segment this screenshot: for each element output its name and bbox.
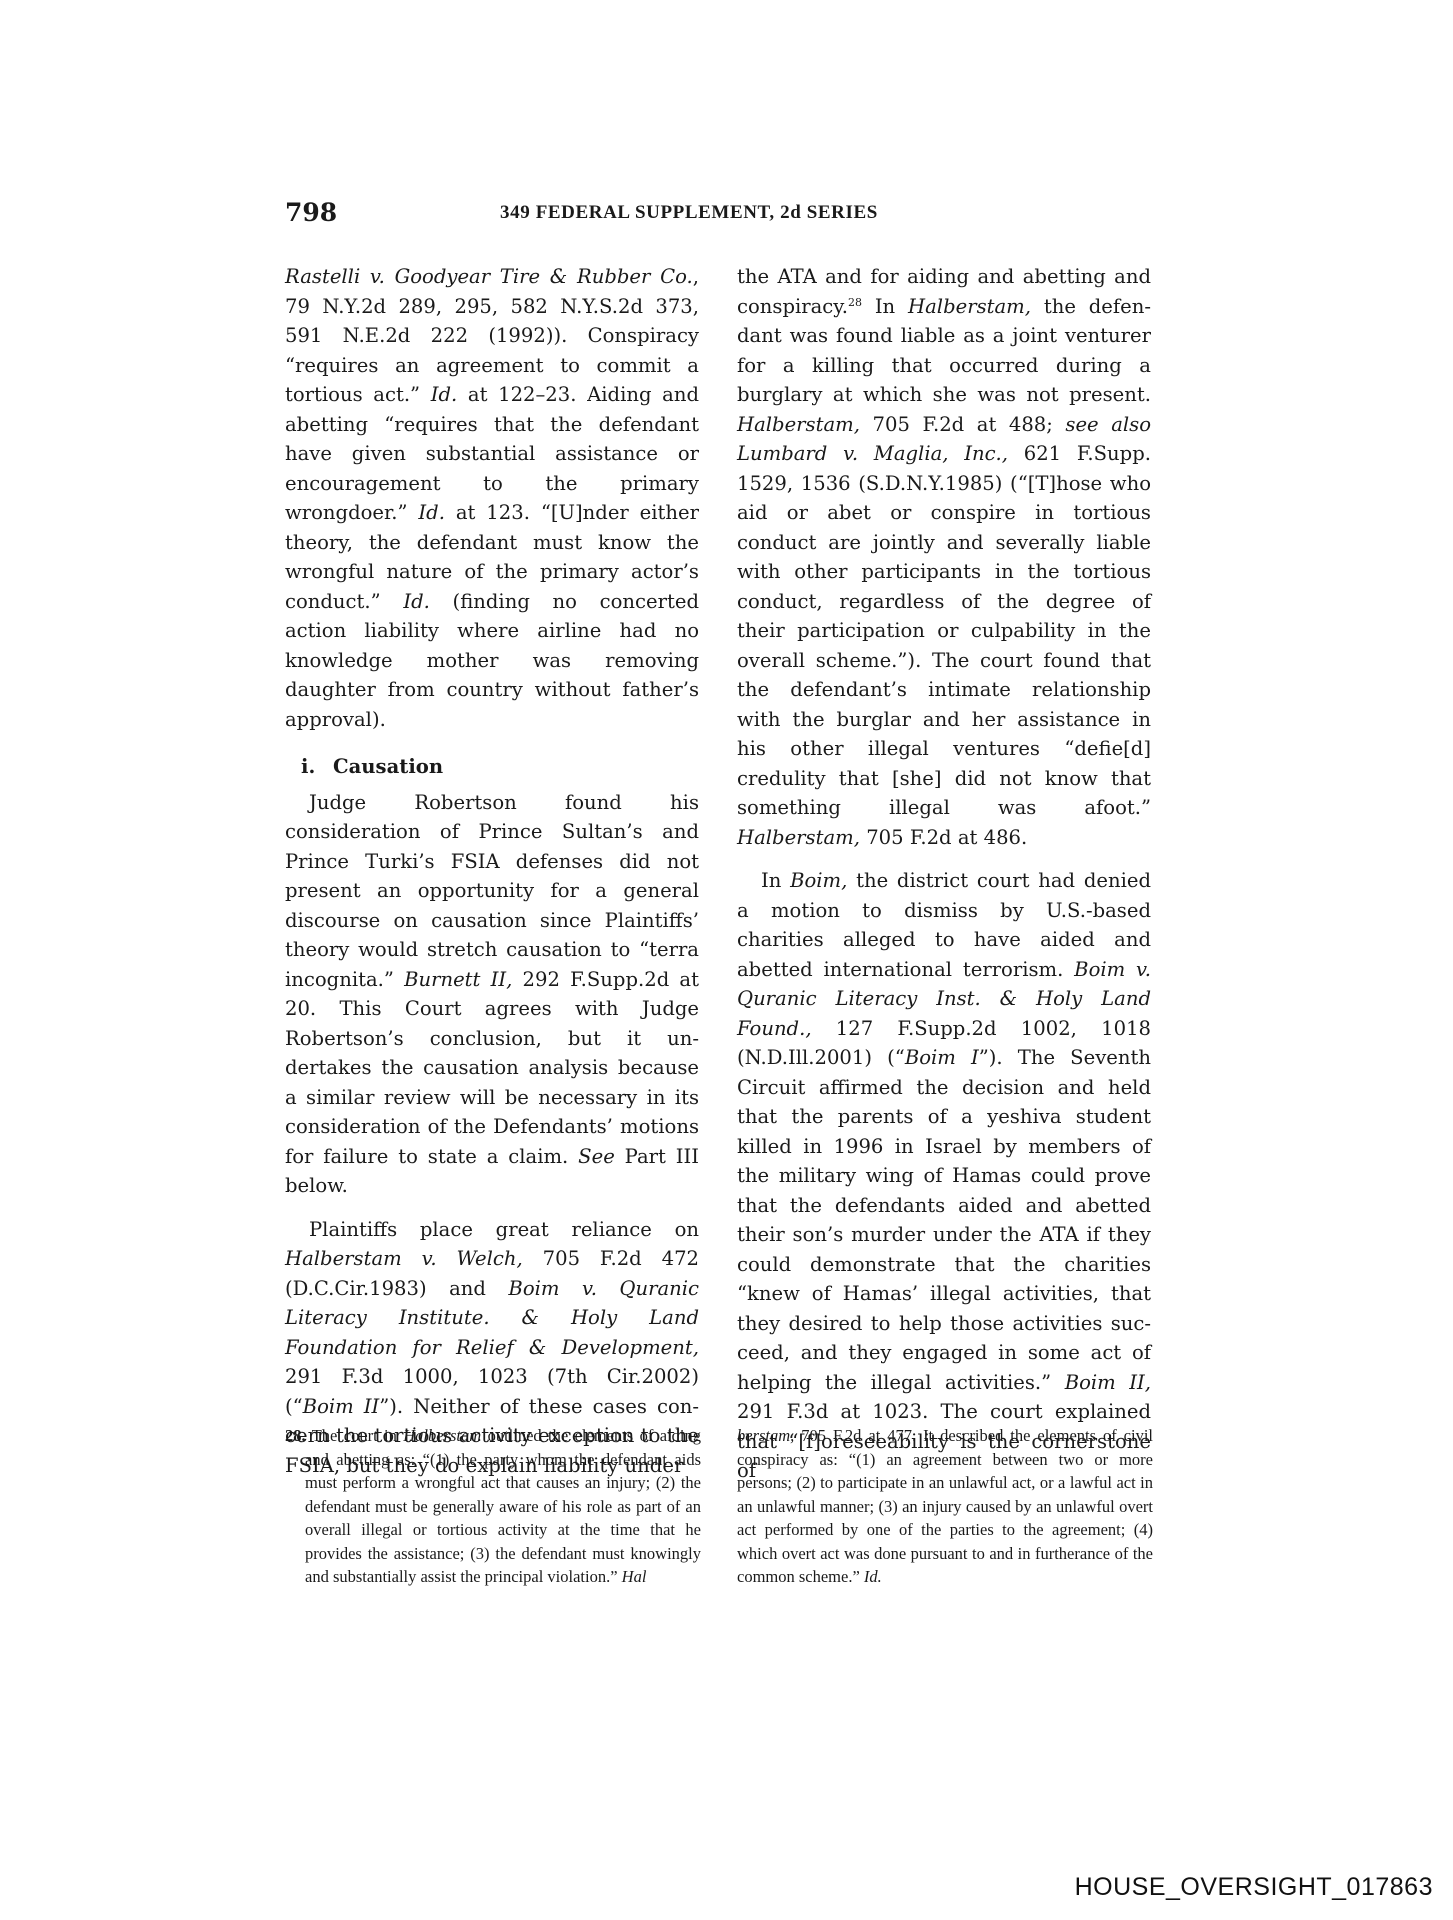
text-run: The court in: [306, 1426, 404, 1445]
right-column: the ATA and for aiding and abetting and …: [737, 262, 1151, 1486]
footnote-ref: 28: [848, 296, 862, 309]
paragraph: Rastelli v. Goodyear Tire & Rubber Co., …: [285, 262, 699, 734]
text-run: 705 F.2d at 486.: [860, 826, 1027, 849]
citation-italic: Boim,: [790, 869, 847, 892]
bates-stamp: HOUSE_OVERSIGHT_017863: [1075, 1873, 1433, 1902]
section-heading-number: i.: [301, 752, 333, 782]
citation-italic: Halberstam: [403, 1426, 481, 1445]
footnote-28-continued: berstam, 705 F.2d at 477. It described t…: [737, 1424, 1153, 1589]
left-column: Rastelli v. Goodyear Tire & Rubber Co., …: [285, 262, 699, 1480]
paragraph: In Boim, the district court had denied a…: [737, 866, 1151, 1486]
paragraph: Judge Robertson found his consideration …: [285, 788, 699, 1201]
citation-italic: Id.: [431, 383, 458, 406]
text-run: 292 F.Supp.2d at 20. This Court agrees w…: [285, 968, 699, 1168]
text-run: ”). The Seventh Circuit affirmed the dec…: [737, 1046, 1151, 1394]
text-run: Judge Robertson found his consideration …: [285, 791, 699, 991]
citation-italic: Boim II: [303, 1395, 380, 1418]
text-run: 705 F.2d at 477. It described the elemen…: [737, 1426, 1153, 1586]
citation-italic: Halber­stam,: [737, 413, 860, 436]
text-run: In: [761, 869, 790, 892]
footnote-28: 28. The court in Halberstam outlined the…: [285, 1424, 701, 1589]
citation-italic: Boim II,: [1065, 1371, 1151, 1394]
citation-italic: Halber­stam v. Welch,: [285, 1247, 523, 1270]
citation-italic: Hal­: [622, 1567, 647, 1586]
text-run: In: [862, 295, 908, 318]
footnote-text: 28. The court in Halberstam outlined the…: [285, 1424, 701, 1589]
running-title: 349 FEDERAL SUPPLEMENT, 2d SERIES: [425, 202, 953, 224]
citation-italic: Halberstam,: [737, 826, 860, 849]
citation-italic: Id.: [403, 590, 430, 613]
citation-italic: Halberstam,: [908, 295, 1031, 318]
citation-italic: Id.: [864, 1567, 882, 1586]
citation-italic: Burnett II,: [404, 968, 512, 991]
page-header: 798 349 FEDERAL SUPPLEMENT, 2d SERIES: [285, 198, 953, 232]
citation-italic: Boim I: [905, 1046, 979, 1069]
citation-italic: berstam,: [737, 1426, 794, 1445]
text-run: 705 F.2d at 488;: [860, 413, 1065, 436]
footnote-text: berstam, 705 F.2d at 477. It described t…: [737, 1424, 1153, 1589]
text-run: Plaintiffs place great reliance on: [309, 1218, 699, 1241]
footnote-number: 28.: [285, 1426, 306, 1445]
citation-italic: Id.: [418, 501, 445, 524]
section-heading: i.Causation: [301, 752, 699, 782]
page-number: 798: [285, 198, 337, 227]
paragraph: the ATA and for aiding and abetting and …: [737, 262, 1151, 852]
citation-italic: Rastelli v. Goodyear Tire & Rubber Co.: [285, 265, 693, 288]
citation-italic: See: [578, 1145, 615, 1168]
text-run: outlined the ele­ments of aiding and abe…: [305, 1426, 701, 1586]
section-heading-text: Causation: [333, 755, 443, 778]
text-run: 621 F.Supp. 1529, 1536 (S.D.N.Y.1985) (“…: [737, 442, 1151, 819]
